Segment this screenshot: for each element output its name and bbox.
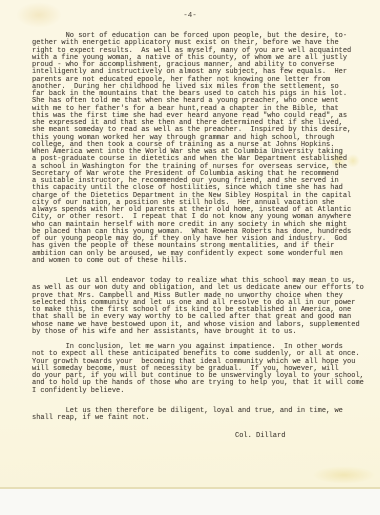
document-page: -4- No sort of education can be forced u… xyxy=(0,0,380,489)
paragraph-1: No sort of education can be forced upon … xyxy=(32,33,372,265)
paragraph-4: Let us then therefore be diligent, loyal… xyxy=(32,408,372,423)
page-number: -4- xyxy=(0,12,380,20)
paper-stain xyxy=(312,466,376,484)
paragraph-3: In conclusion, let me warn you against i… xyxy=(32,344,372,395)
paragraph-2: Let us all endeavor today to realize wha… xyxy=(32,278,372,336)
signature: Col. Dillard xyxy=(235,432,285,440)
scanner-background xyxy=(0,489,380,515)
